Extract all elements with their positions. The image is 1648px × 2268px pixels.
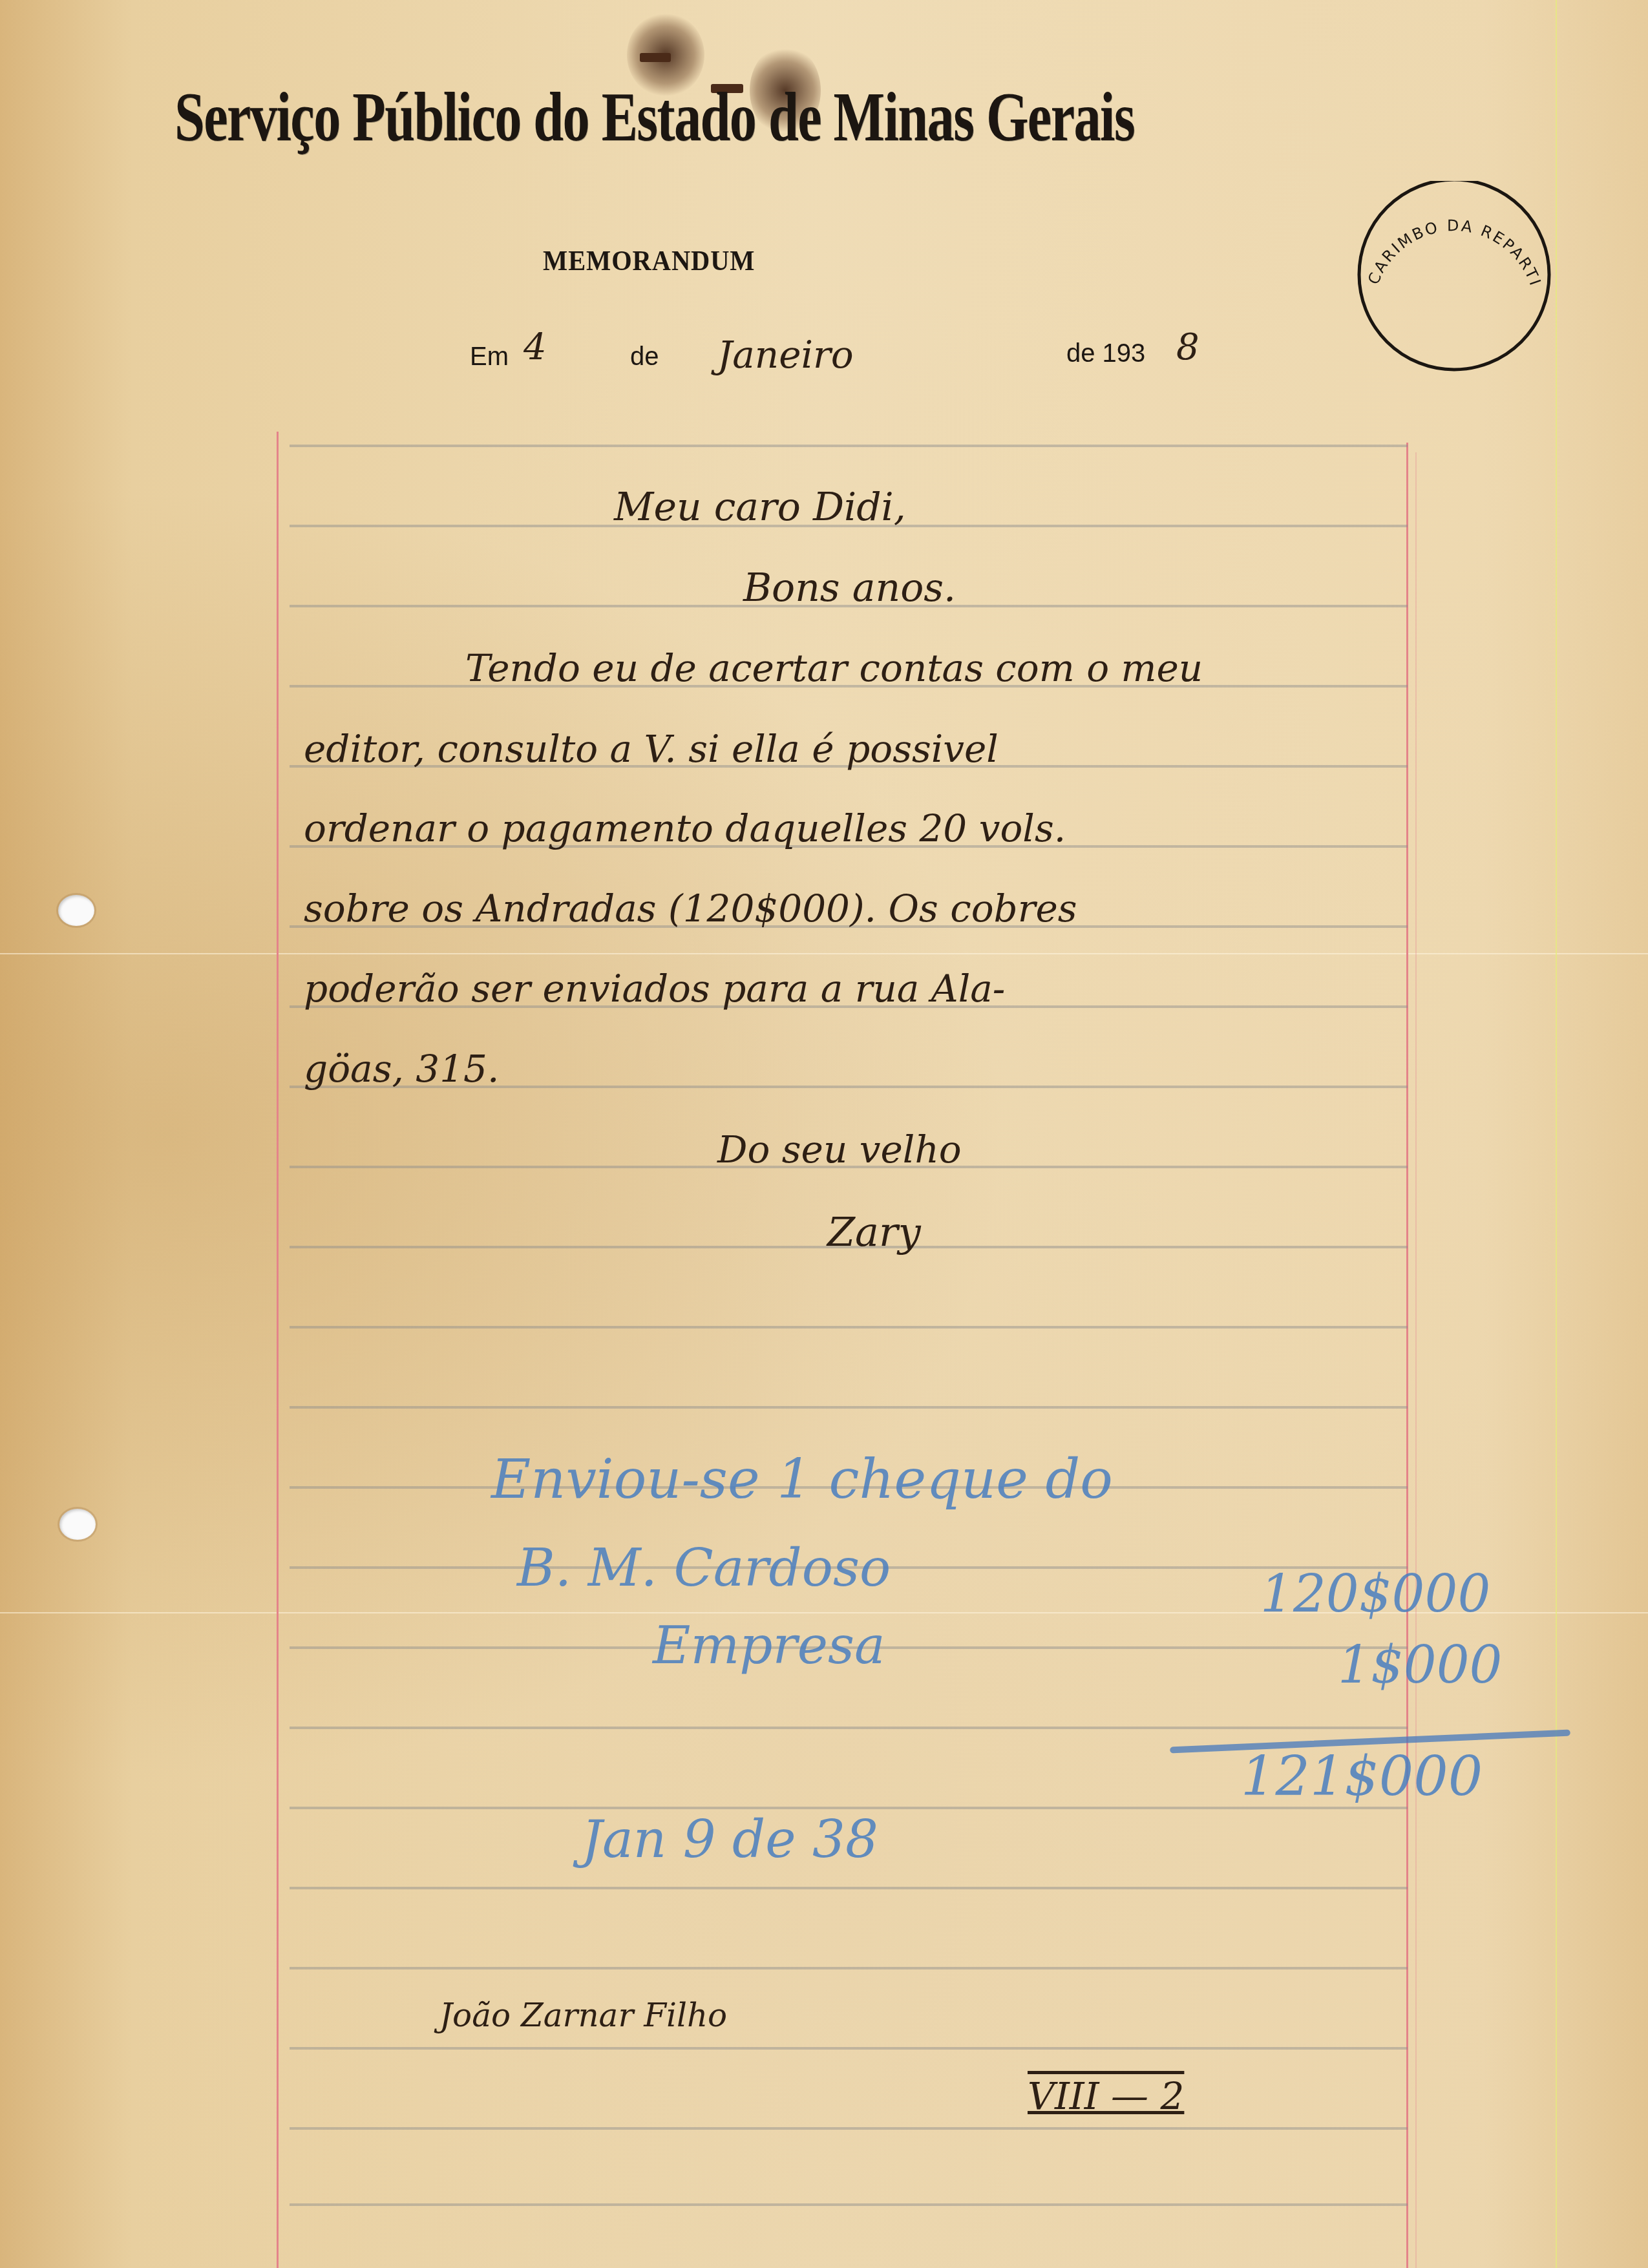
date-year-prefix: de 193 (1066, 339, 1145, 368)
closing: Do seu velho (717, 1128, 962, 1171)
body-line-3: ordenar o pagamento daquelles 20 vols. (304, 806, 1066, 850)
annotation-amount-1: 120$000 (1260, 1564, 1490, 1624)
annotation-cheque: Enviou-se 1 cheque do (491, 1447, 1113, 1511)
memorandum-heading: MEMORANDUM (543, 244, 755, 277)
date-day: 4 (523, 326, 547, 368)
signature: Zary (827, 1208, 921, 1255)
annotation-total: 121$000 (1241, 1745, 1483, 1808)
letterhead-title: Serviço Público do Estado de Minas Gerai… (174, 78, 1046, 158)
annotation-bank: B. M. Cardoso (517, 1538, 891, 1598)
date-de: de (630, 342, 659, 372)
left-margin-line (277, 432, 279, 2268)
department-stamp: CARIMBO DA REPARTIÇÃO (1357, 181, 1551, 375)
paper-fold-crease (0, 953, 1648, 954)
date-prefix: Em (470, 342, 509, 372)
body-line-6: göas, 315. (304, 1047, 499, 1091)
annotation-date: Jan 9 de 38 (582, 1809, 878, 1869)
body-line-4: sobre os Andradas (120$000). Os cobres (304, 887, 1077, 930)
right-margin-line (1406, 443, 1408, 2268)
punch-hole-bottom (59, 1509, 96, 1540)
annotation-empresa: Empresa (653, 1615, 885, 1675)
archive-reference: VIII — 2 (1028, 2074, 1184, 2118)
svg-text:CARIMBO DA REPARTIÇÃO: CARIMBO DA REPARTIÇÃO (1357, 181, 1545, 289)
body-line-2: editor, consulto a V. si ella é possivel (304, 727, 998, 771)
salutation: Meu caro Didi, (614, 485, 906, 530)
stamp-circle-icon: CARIMBO DA REPARTIÇÃO (1357, 181, 1551, 375)
stamp-label: CARIMBO DA REPARTIÇÃO (1357, 181, 1545, 289)
annotation-amount-2: 1$000 (1338, 1635, 1503, 1695)
body-line-1: Tendo eu de acertar contas com o meu (465, 646, 1203, 690)
paper-edge-line (1556, 0, 1557, 2268)
footer-name: João Zarnar Filho (439, 1997, 727, 2034)
memorandum-page: { "letterhead": { "title": "Serviço Públ… (0, 0, 1648, 2268)
right-margin-faint-line (1415, 452, 1417, 2268)
body-line-5: poderão ser enviados para a rua Ala- (304, 967, 1005, 1011)
greeting: Bons anos. (743, 565, 956, 611)
staple-mark (640, 53, 671, 62)
date-year-digit: 8 (1176, 326, 1199, 368)
date-month: Janeiro (717, 333, 854, 377)
punch-hole-top (58, 895, 94, 926)
